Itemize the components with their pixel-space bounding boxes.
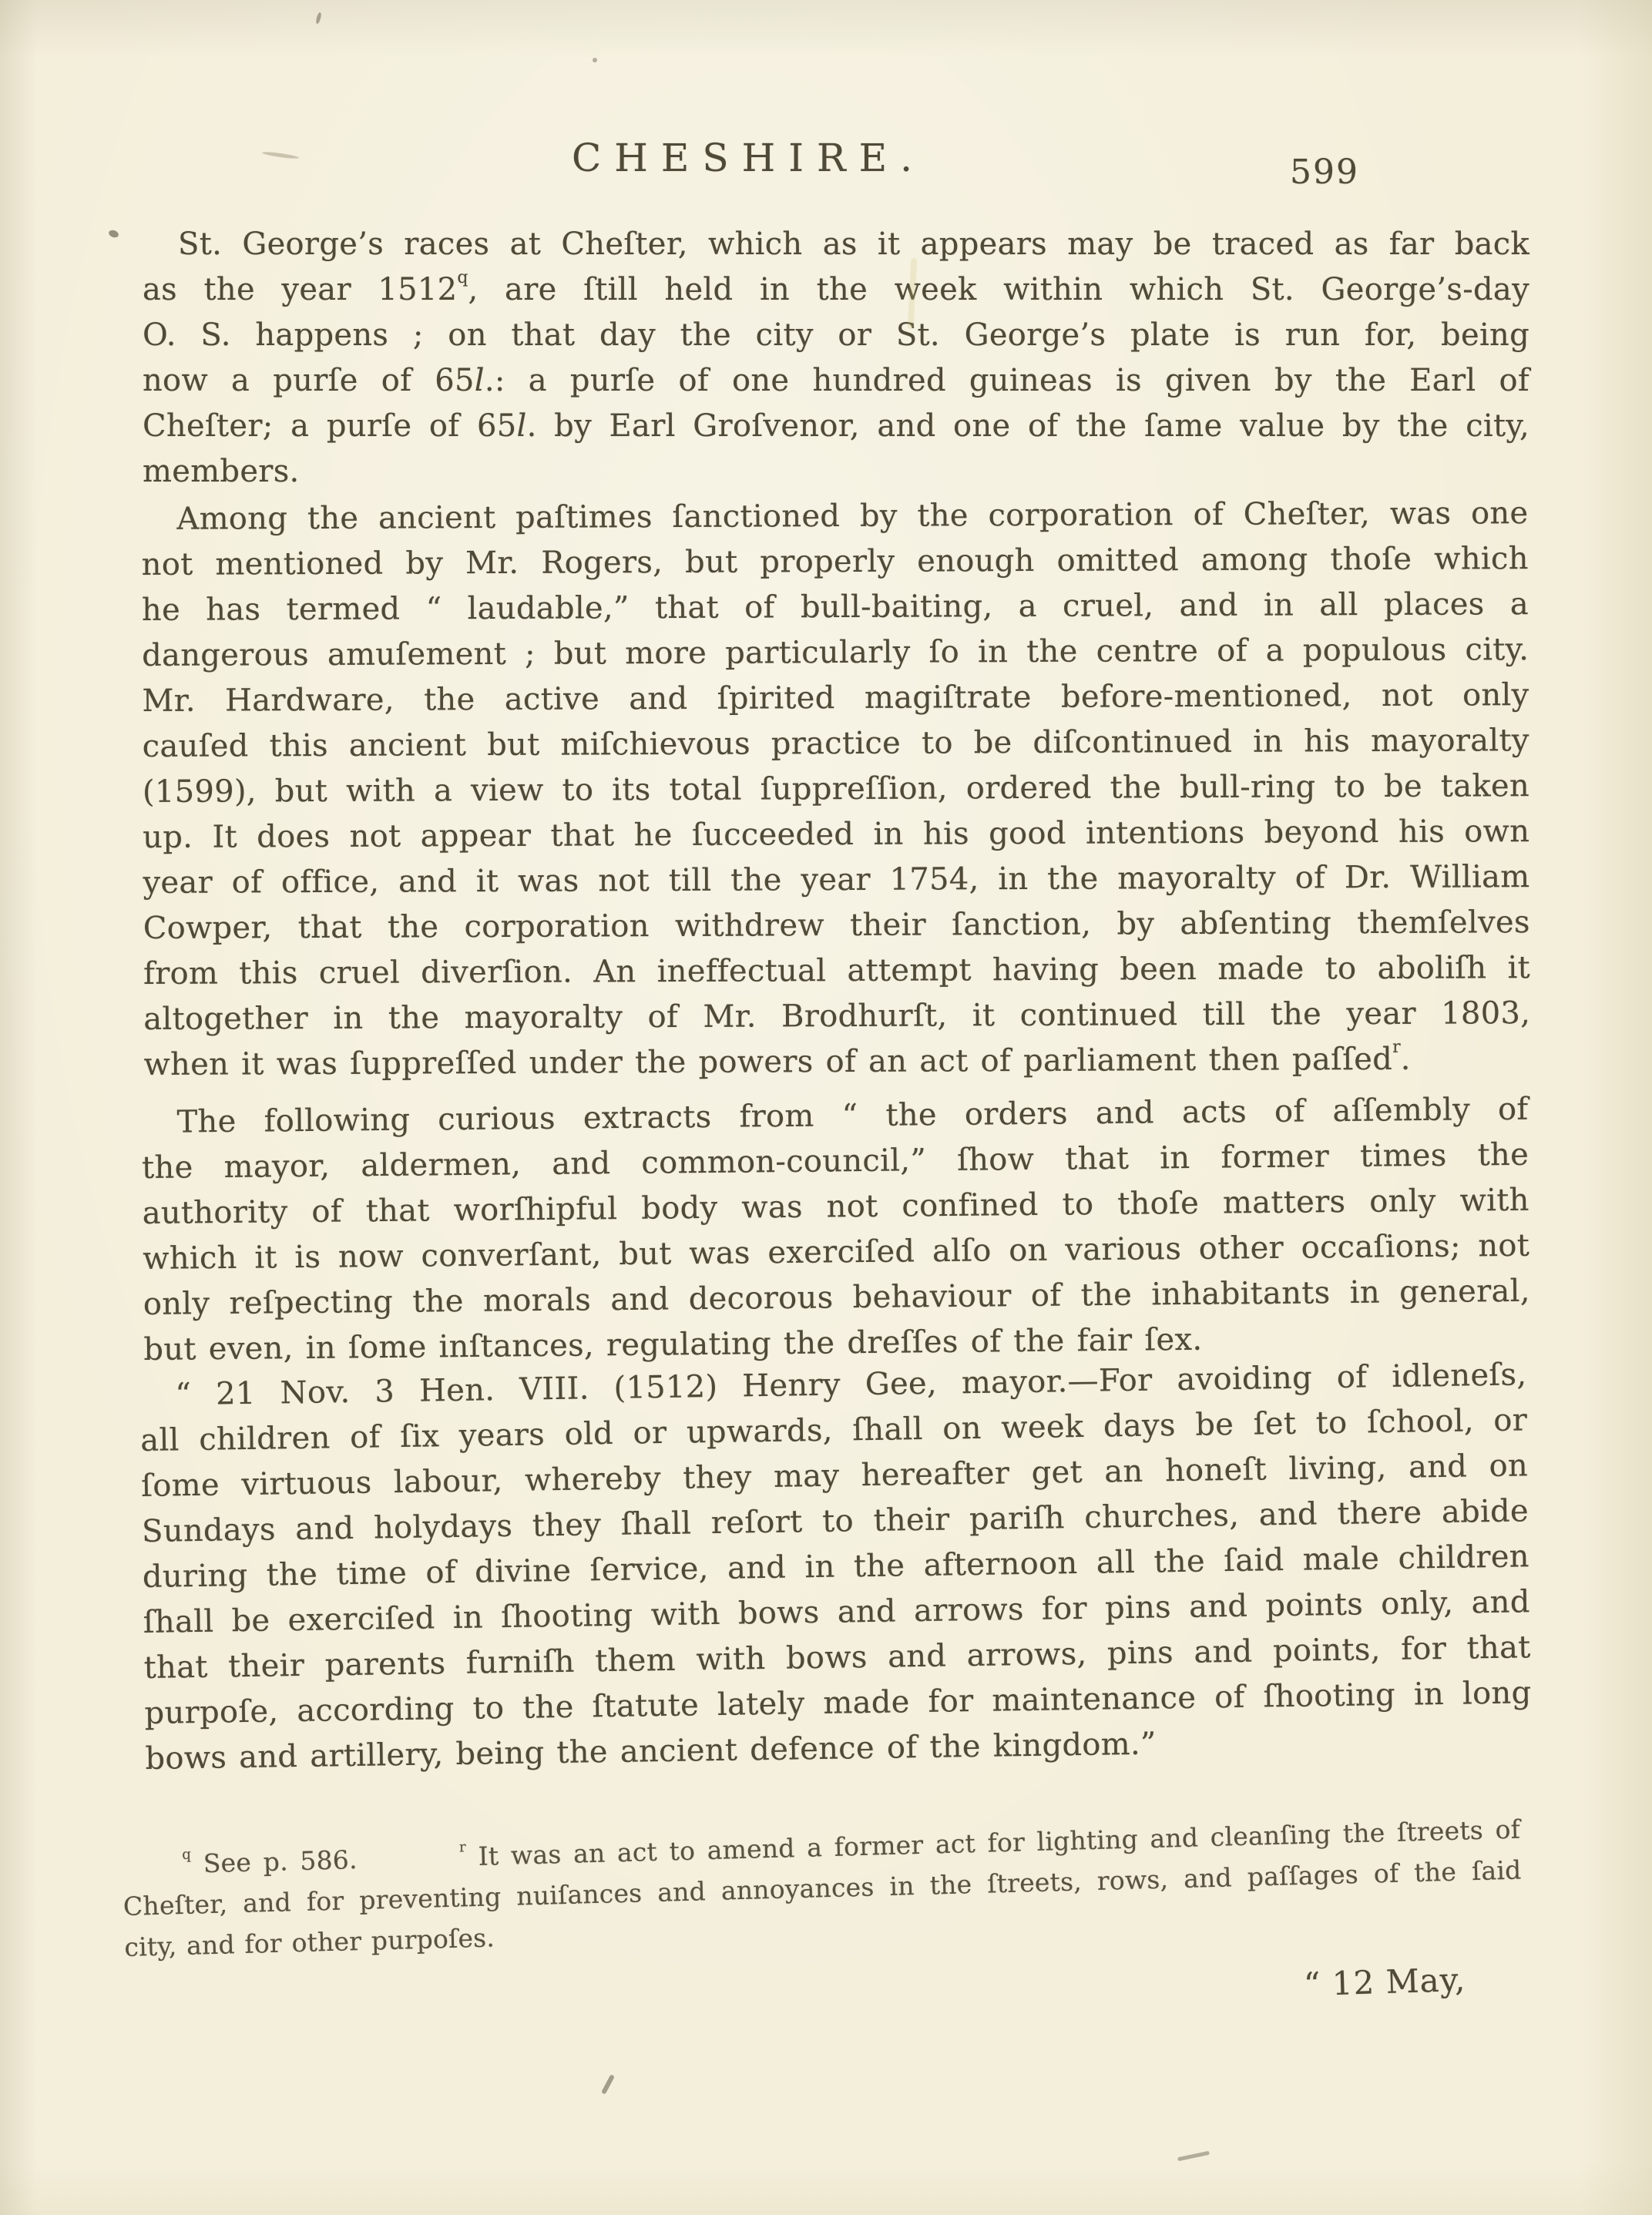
page-number: 599	[1290, 153, 1359, 192]
ink-speck	[262, 151, 299, 160]
ink-speck	[601, 2074, 615, 2095]
paragraph: “ 21 Nov. 3 Hen. VIII. (1512) Henry Gee,…	[139, 1352, 1533, 1782]
text-line: cauſed this ancient but miſchievous prac…	[143, 718, 1529, 770]
book-page: CHESHIRE. 599 St. George’s races at Cheſ…	[0, 0, 1652, 2215]
footnote-marker: q	[182, 1846, 191, 1862]
paragraph: The following curious extracts from “ th…	[141, 1087, 1530, 1373]
footnote-marker: r	[1392, 1038, 1401, 1057]
text-line: from this cruel diverſion. An ineffectua…	[143, 945, 1530, 997]
ink-speck	[108, 229, 119, 239]
catchword: “ 12 May,	[1303, 1961, 1466, 2004]
text-line: O. S. happens ; on that day the city or …	[143, 313, 1529, 358]
ink-speck	[593, 58, 597, 62]
page-title: CHESHIRE.	[572, 136, 925, 180]
ink-speck	[1177, 2151, 1210, 2162]
text-line: Cowper, that the corporation withdrew th…	[143, 900, 1530, 951]
text-line: (1599), but with a view to its total ſup…	[143, 764, 1529, 815]
text-line: when it was ſuppreſſed under the powers …	[143, 1036, 1530, 1088]
text-line: St. George’s races at Cheſter, which as …	[143, 222, 1529, 267]
body-text: St. George’s races at Cheſter, which as …	[143, 222, 1529, 1782]
text-line: Among the ancient paſtimes ſanctioned by…	[141, 491, 1528, 542]
italic-text: l	[516, 408, 526, 444]
text-line: not mentioned by Mr. Rogers, but properl…	[142, 536, 1529, 588]
italic-text: l	[475, 363, 485, 398]
text-line: year of office, and it was not till the …	[143, 854, 1529, 906]
text-line: as the year 1512q, are ſtill held in the…	[143, 267, 1529, 313]
text-line: up. It does not appear that he ſucceeded…	[143, 809, 1529, 861]
footnote-marker: r	[459, 1839, 466, 1855]
footnotes: q See p. 586. r It was an act to amend a…	[122, 1809, 1523, 1968]
text-line: Mr. Hardware, the active and ſpirited ma…	[142, 673, 1529, 724]
text-line: members.	[143, 449, 1529, 495]
text-line: altogether in the mayoralty of Mr. Brodh…	[143, 991, 1530, 1042]
ink-speck	[315, 12, 322, 25]
text-line: Cheſter; a purſe of 65l. by Earl Groſven…	[143, 404, 1529, 449]
text-line: now a purſe of 65l.: a purſe of one hund…	[143, 358, 1529, 404]
footnote-marker: q	[457, 268, 468, 287]
paragraph: Among the ancient paſtimes ſanctioned by…	[141, 491, 1530, 1088]
paragraph: St. George’s races at Cheſter, which as …	[143, 222, 1529, 495]
text-line: dangerous amuſement ; but more particula…	[142, 627, 1529, 679]
text-line: he has termed “ laudable,” that of bull-…	[142, 582, 1529, 633]
